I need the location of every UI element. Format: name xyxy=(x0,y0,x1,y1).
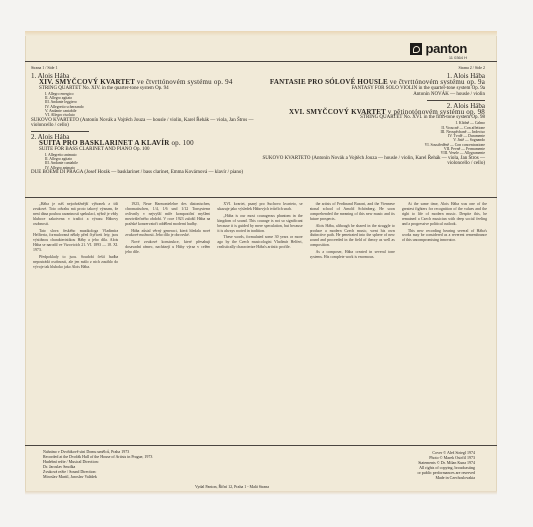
track-performers: SUKOVO KVARTETO (Antonín Novák a Vojtěch… xyxy=(260,156,485,168)
notes-paragraph: Nové zvukové konstrukce, které přesahují… xyxy=(125,240,210,255)
track-performers: DUE BOEMI DI PRAGA (Josef Horák — baskla… xyxy=(31,170,266,176)
brand-name: panton xyxy=(425,41,467,56)
notes-paragraph: At the same time, Alois Hába was one of … xyxy=(402,202,487,227)
notes-paragraph: the artists of Ferdinand Busoni, and the… xyxy=(310,202,395,222)
recording-credits: Nahráno v Dvořákově síni Domu umělců, Pr… xyxy=(43,450,152,479)
notes-paragraph: XVI. kvartet, psaný pro Suchovo kvarteto… xyxy=(217,202,302,212)
track-title: FANTASIE PRO SÓLOVÉ HOUSLE ve čtvrttónov… xyxy=(260,79,485,85)
track-title: XIV. SMYČCOVÝ KVARTET ve čtvrttónovém sy… xyxy=(31,79,266,85)
footer-divider xyxy=(25,445,497,446)
side-1-label: Strana 1 / Side 1 xyxy=(31,65,266,71)
header-divider xyxy=(25,61,497,62)
track: 2. Alois Hába XVI. SMYČCOVÝ KVARTET v pě… xyxy=(260,103,485,168)
track-performers: SUKOVO KVARTETO (Antonín Novák a Vojtěch… xyxy=(31,118,266,130)
track: 1. Alois Hába XIV. SMYČCOVÝ KVARTET ve č… xyxy=(31,73,266,129)
notes-paragraph: „Hába je náš nejodvážnější výhonek z tiš… xyxy=(33,202,118,227)
panton-note-icon xyxy=(410,43,422,55)
notes-column-2: 1923, Neue Harmonielehre des diatonische… xyxy=(125,202,210,442)
movement-list: I. Allegretto animatoII. Allegro agitato… xyxy=(31,153,266,170)
movement-list: I. Klidně — CalmoII. Vroucně — Con affet… xyxy=(260,121,485,155)
copyright-notice: Cover © Aleš Striegl 1974Photo © Marek O… xyxy=(417,451,475,480)
notes-divider xyxy=(25,197,497,198)
track-divider xyxy=(427,100,485,101)
notes-column-1: „Hába je náš nejodvážnější výhonek z tiš… xyxy=(33,202,118,442)
notes-paragraph: As a composer, Hába created in several t… xyxy=(310,250,395,260)
publisher-address: Vydal Panton, Říční 12, Praha 1 - Malá S… xyxy=(195,484,269,489)
panton-logo: panton xyxy=(410,41,467,56)
side-2-label: Strana 2 / Side 2 xyxy=(260,65,485,71)
track: 1. Alois Hába FANTASIE PRO SÓLOVÉ HOUSLE… xyxy=(260,73,485,97)
liner-notes: „Hába je náš nejodvážnější výhonek z tiš… xyxy=(33,202,487,442)
notes-paragraph: Tato slova českého muzikologa Vladimíra … xyxy=(33,229,118,254)
notes-column-5: At the same time, Alois Hába was one of … xyxy=(402,202,487,442)
movement-list: I. Allegro energicoII. Allegro agitatoII… xyxy=(31,92,266,118)
notes-paragraph: Alois Hába, although he shared in the st… xyxy=(310,224,395,249)
notes-paragraph: „Hába is our most courageous phantom in … xyxy=(217,214,302,234)
notes-paragraph: These words, formulated some 30 years or… xyxy=(217,235,302,250)
side-1-tracklist: Strana 1 / Side 1 1. Alois Hába XIV. SMY… xyxy=(31,65,266,176)
catalog-number: 11 0364 H xyxy=(449,55,467,60)
album-back-cover: panton 11 0364 H Strana 1 / Side 1 1. Al… xyxy=(25,31,497,495)
notes-column-4: the artists of Ferdinand Busoni, and the… xyxy=(310,202,395,442)
side-2-tracklist: Strana 2 / Side 2 1. Alois Hába FANTASIE… xyxy=(260,65,485,167)
track-divider xyxy=(31,131,89,132)
list-line: Miroslav Martil, Jaroslav Valášek xyxy=(43,475,152,480)
notes-column-3: XVI. kvartet, psaný pro Suchovo kvarteto… xyxy=(217,202,302,442)
notes-paragraph: Předpoklady to jsou. Soudobí čeští hudba… xyxy=(33,255,118,270)
notes-paragraph: 1923, Neue Harmonielehre des diatonische… xyxy=(125,202,210,227)
paper-edge xyxy=(25,491,497,495)
notes-paragraph: Hába zůstal věrný generaci, která hledal… xyxy=(125,229,210,239)
track: 2. Alois Hába SUITA PRO BASKLARINET A KL… xyxy=(31,134,266,176)
track-performers: Antonín NOVÁK — housle / violin xyxy=(260,92,485,98)
notes-paragraph: This new recording hearing several of Há… xyxy=(402,229,487,244)
list-line: Made in Czechoslovakia xyxy=(417,476,475,481)
